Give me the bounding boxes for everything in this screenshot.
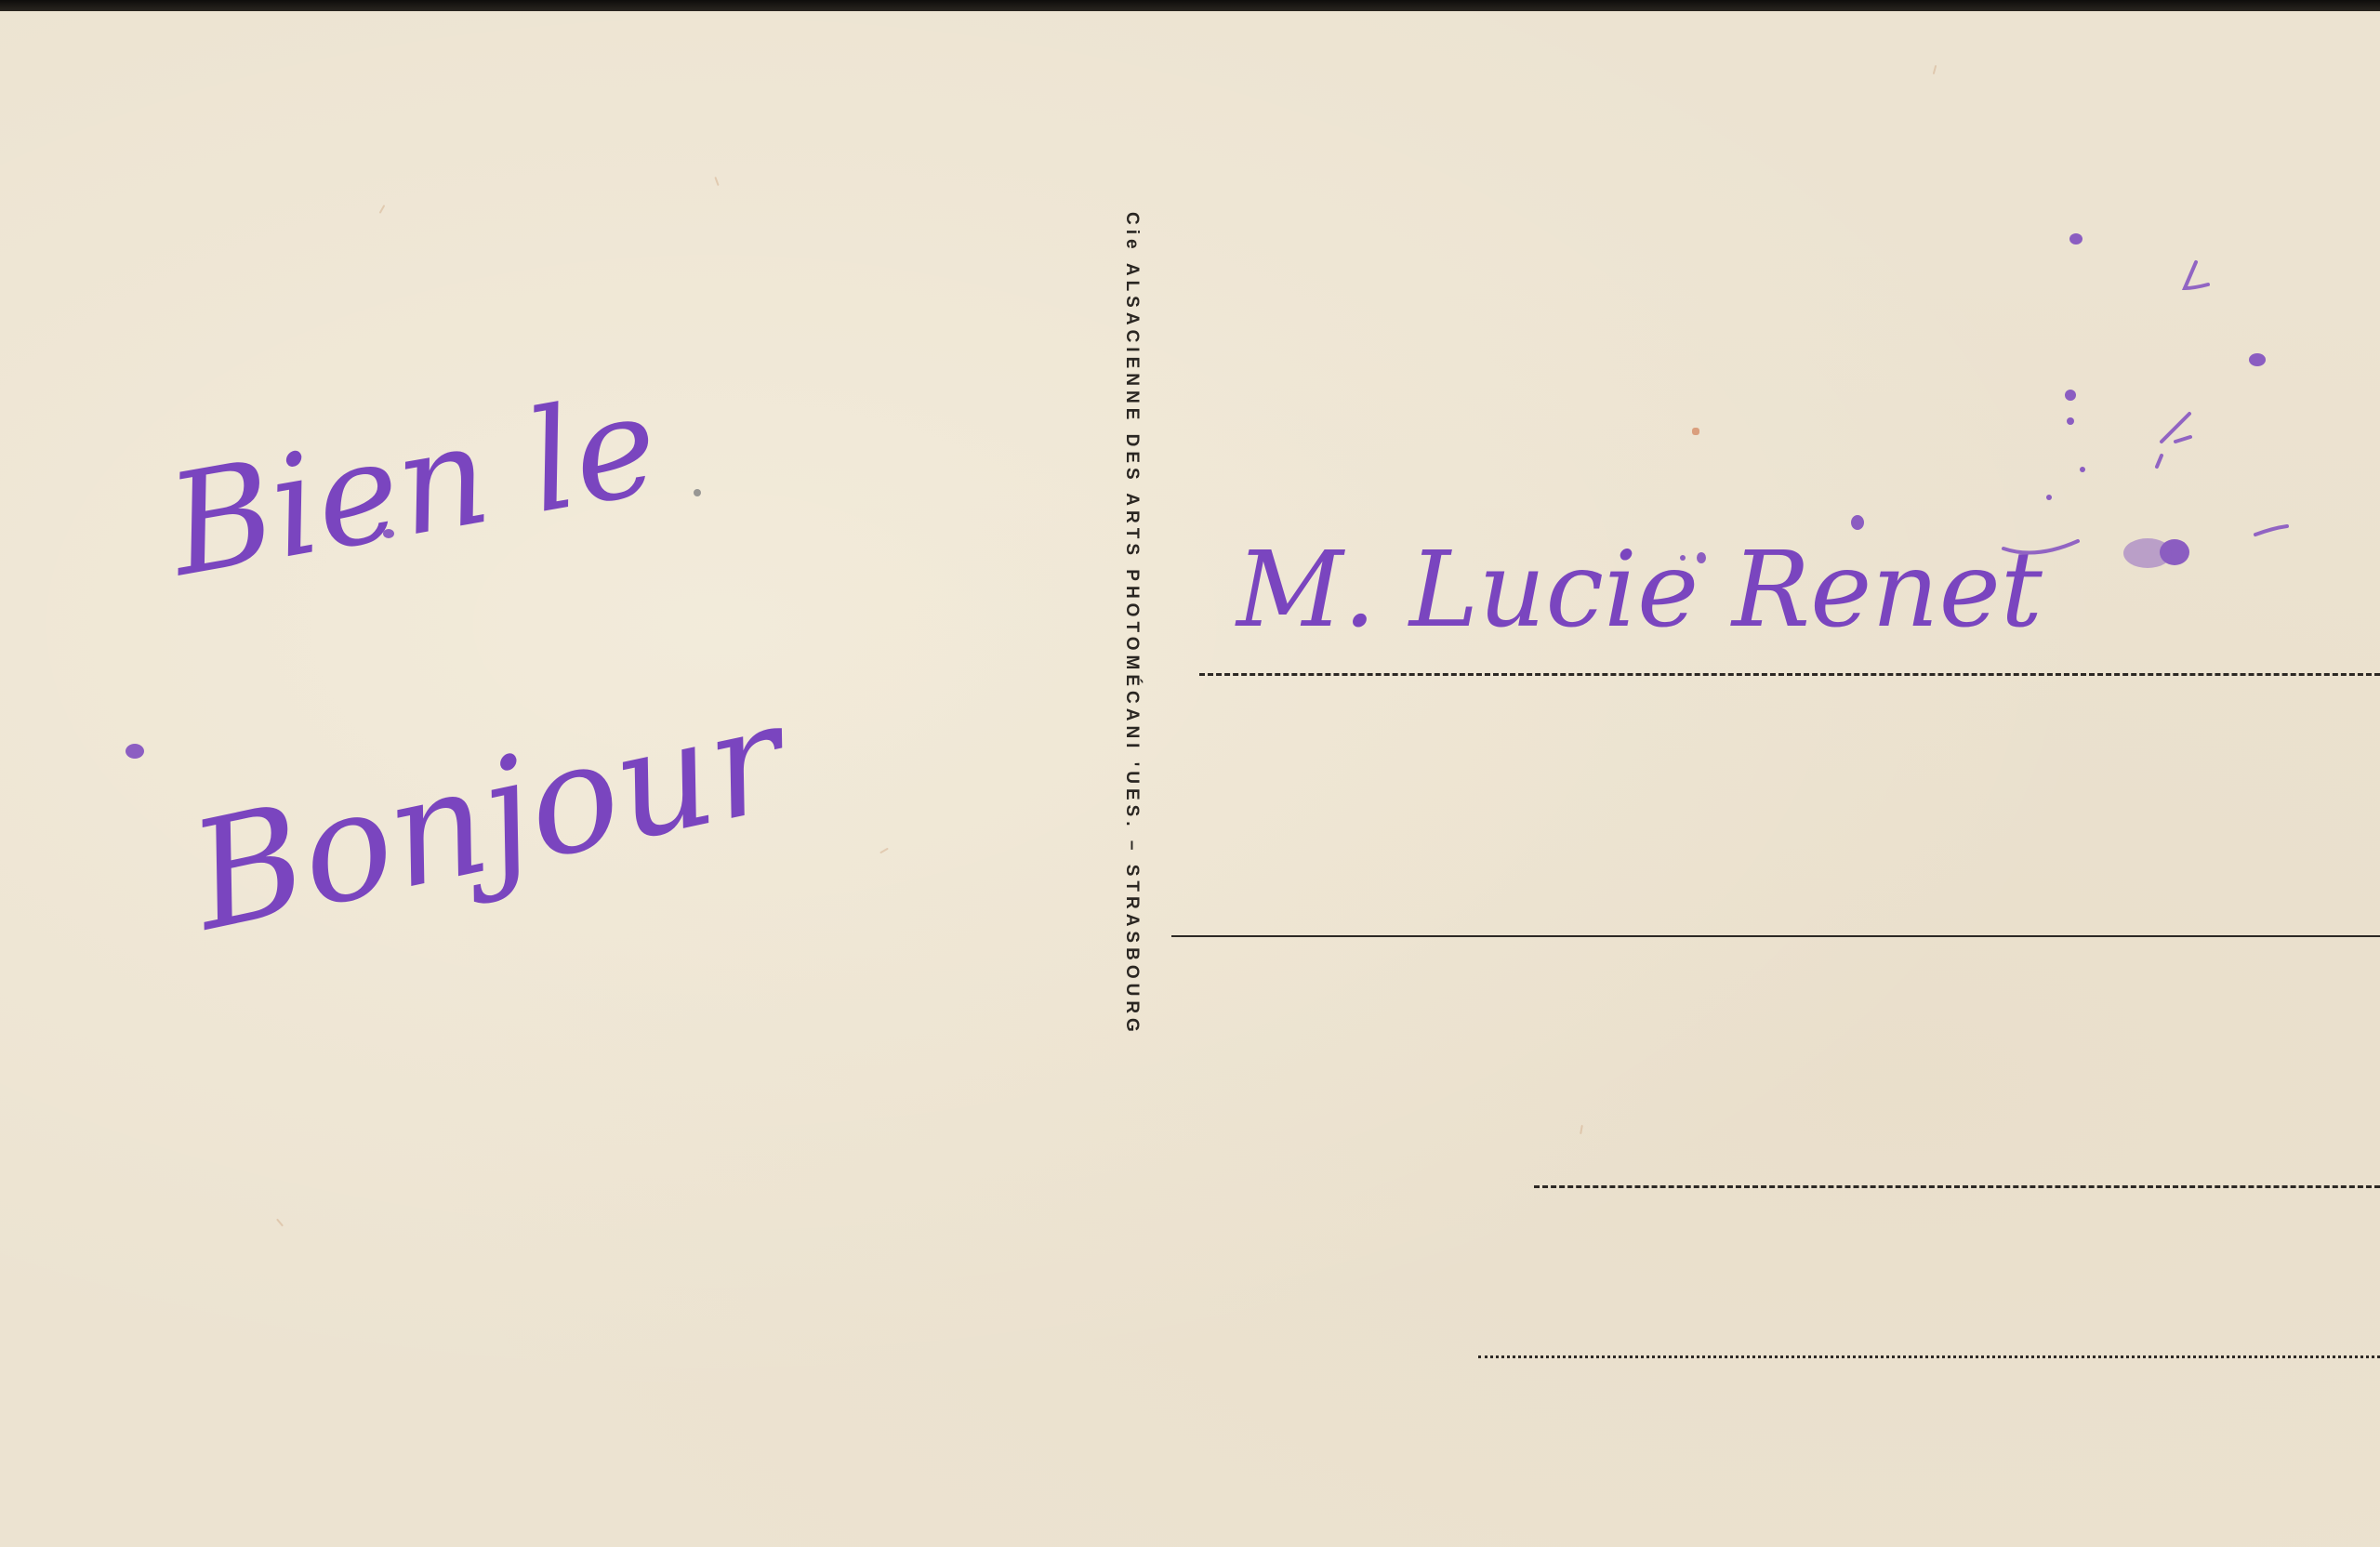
postcard-back: Cie ALSACIENNE DES ARTS PHOTOMÉCANI 'UES… — [0, 9, 2380, 1547]
ink-splatter-icon — [0, 9, 2380, 1547]
scan-top-edge — [0, 0, 2380, 11]
